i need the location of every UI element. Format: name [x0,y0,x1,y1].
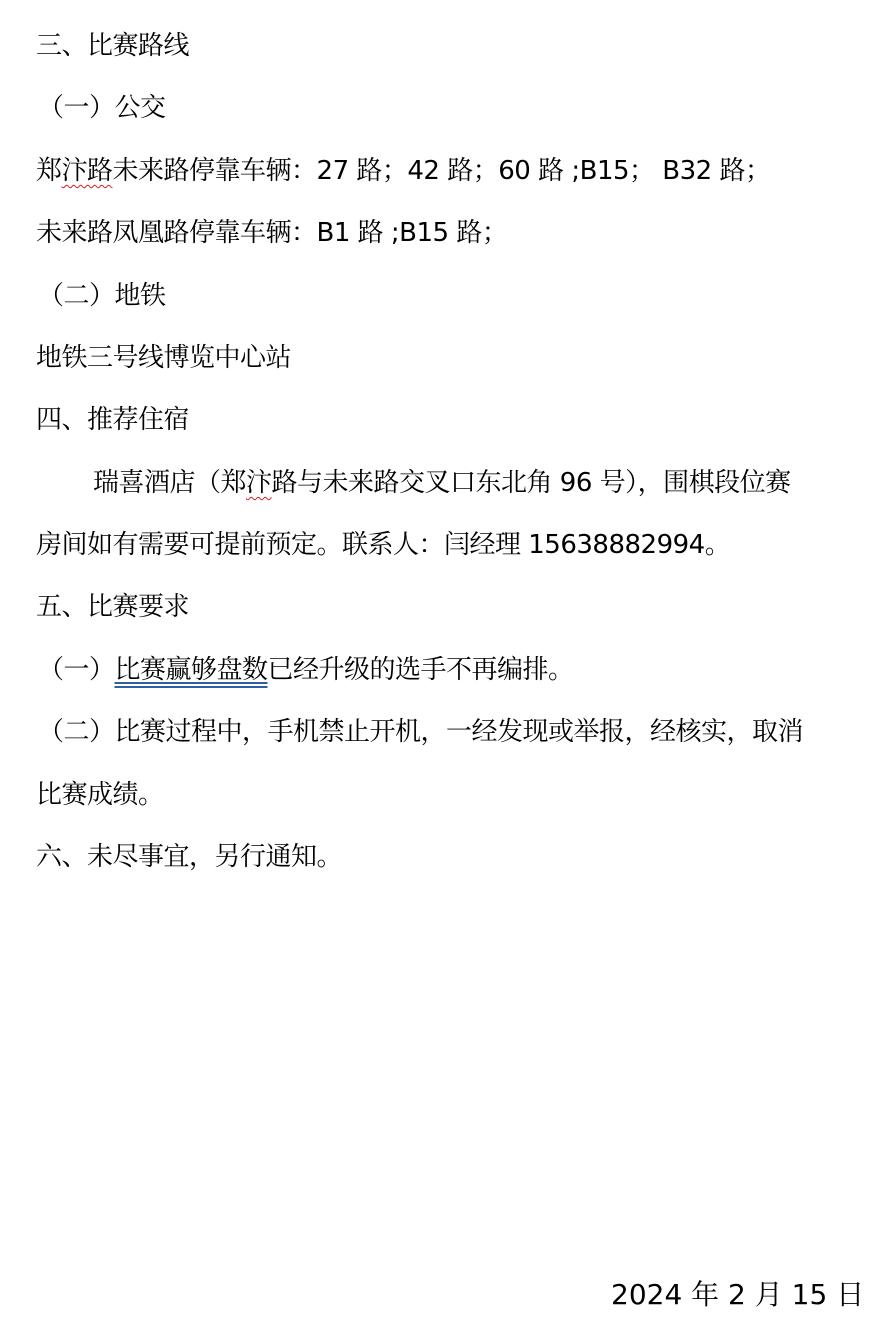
requirement-1: （一）比赛赢够盘数已经升级的选手不再编排。 [38,654,574,686]
section-4-title: 四、推荐住宿 [36,404,189,436]
spellcheck-mark: 汴 [246,468,272,498]
section-3-bus-heading: （一）公交 [38,92,166,124]
metro-station: 地铁三号线博览中心站 [36,342,291,374]
requirement-2-cont: 比赛成绩。 [36,779,164,811]
hotel-info: 瑞喜酒店（郑汴路与未来路交叉口东北角 96 号），围棋段位赛 [93,467,791,499]
section-3-title: 三、比赛路线 [36,30,189,62]
bus-stop-zhengbian: 郑汴路未来路停靠车辆：27 路；42 路；60 路 ;B15； B32 路； [36,155,770,187]
document-date: 2024 年 2 月 15 日 [611,1278,864,1312]
section-6-title: 六、未尽事宜，另行通知。 [36,841,342,873]
section-5-title: 五、比赛要求 [36,591,189,623]
grammar-mark: 比赛赢够盘数 [115,655,268,685]
requirement-2: （二）比赛过程中，手机禁止开机，一经发现或举报，经核实，取消 [38,716,803,748]
section-3-metro-heading: （二）地铁 [38,280,166,312]
hotel-contact: 房间如有需要可提前预定。联系人：闫经理 15638882994。 [36,529,730,561]
bus-stop-fenghuang: 未来路凤凰路停靠车辆：B1 路 ;B15 路； [36,217,507,249]
spellcheck-mark: 汴路 [62,156,113,186]
